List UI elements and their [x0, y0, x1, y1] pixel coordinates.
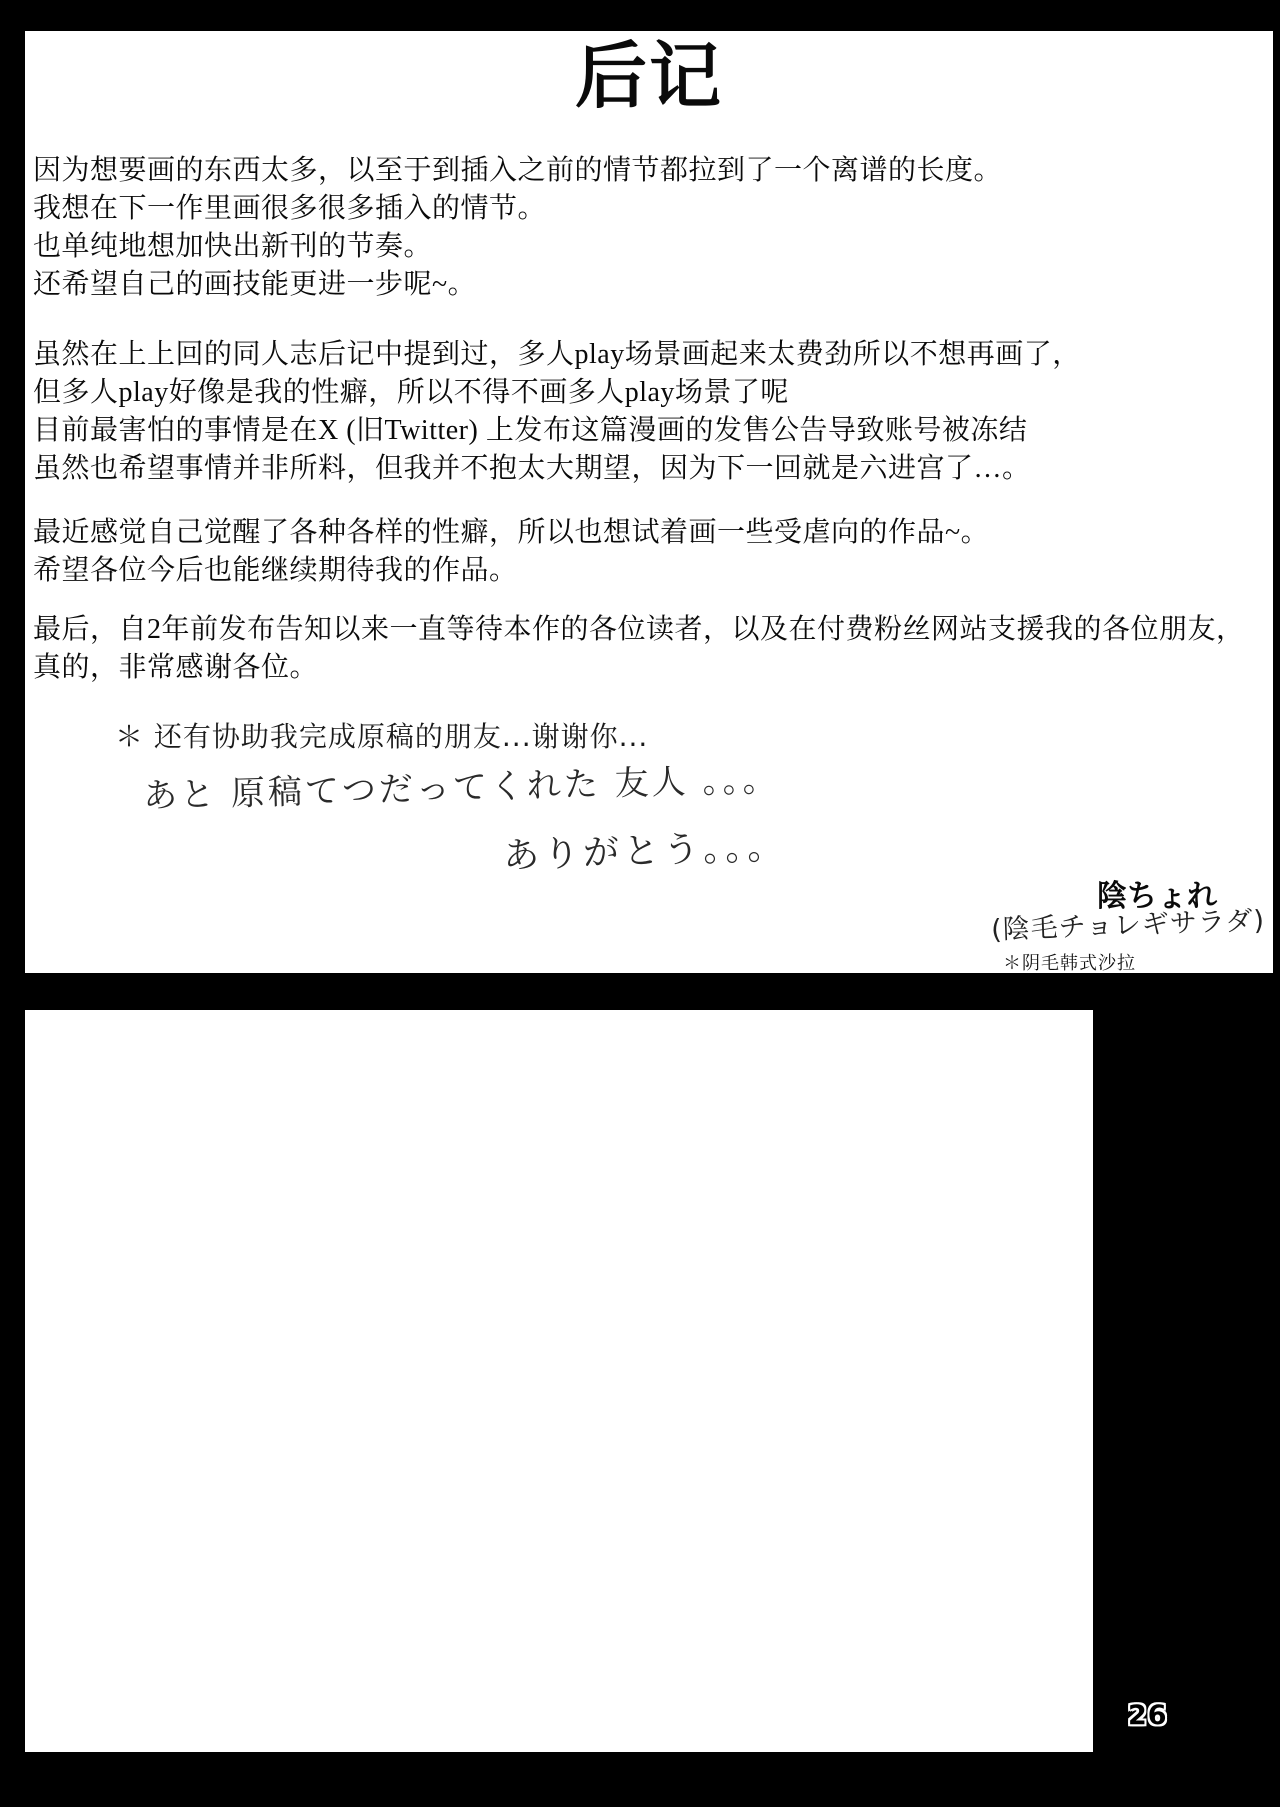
- helper-thanks-footnote: ＊ 还有协助我完成原稿的朋友...谢谢你...: [115, 715, 648, 755]
- handwritten-thanks-line-1: あと 原稿てつだってくれた 友人 。。。: [142, 752, 779, 818]
- afterword-line-6: 但多人play好像是我的性癖，所以不得不画多人play场景了呢: [33, 375, 1265, 411]
- afterword-panel: 后记 因为想要画的东西太多，以至于到插入之前的情节都拉到了一个离谱的长度。 我想…: [25, 31, 1273, 973]
- afterword-line-2: 我想在下一作里画很多很多插入的情节。: [33, 191, 1265, 227]
- author-signature-handwritten-note: (陰毛チョレギサラダ): [990, 898, 1265, 947]
- signature-translation-note: ＊阴毛韩式沙拉: [1003, 949, 1136, 975]
- afterword-line-11: 最后，自2年前发布告知以来一直等待本作的各位读者，以及在付费粉丝网站支援我的各位…: [33, 612, 1265, 648]
- blank-panel: [25, 1010, 1093, 1752]
- page-number: 26: [1128, 1700, 1168, 1731]
- afterword-line-9: 最近感觉自己觉醒了各种各样的性癖，所以也想试着画一些受虐向的作品~。: [33, 515, 1265, 551]
- afterword-line-4: 还希望自己的画技能更进一步呢~。: [33, 267, 1265, 303]
- manga-page: 后记 因为想要画的东西太多，以至于到插入之前的情节都拉到了一个离谱的长度。 我想…: [0, 0, 1280, 1807]
- afterword-line-1: 因为想要画的东西太多，以至于到插入之前的情节都拉到了一个离谱的长度。: [33, 153, 1265, 189]
- afterword-line-5: 虽然在上上回的同人志后记中提到过，多人play场景画起来太费劲所以不想再画了，: [33, 337, 1265, 373]
- afterword-line-12: 真的，非常感谢各位。: [33, 650, 1265, 686]
- afterword-line-10: 希望各位今后也能继续期待我的作品。: [33, 553, 1265, 589]
- handwritten-thanks-line-2: ありがとう。。。: [502, 818, 788, 879]
- afterword-line-8: 虽然也希望事情并非所料，但我并不抱太大期望，因为下一回就是六进宫了…。: [33, 451, 1265, 487]
- afterword-title: 后记: [25, 41, 1273, 113]
- afterword-line-7: 目前最害怕的事情是在X (旧Twitter) 上发布这篇漫画的发售公告导致账号被…: [33, 413, 1265, 449]
- afterword-line-3: 也单纯地想加快出新刊的节奏。: [33, 229, 1265, 265]
